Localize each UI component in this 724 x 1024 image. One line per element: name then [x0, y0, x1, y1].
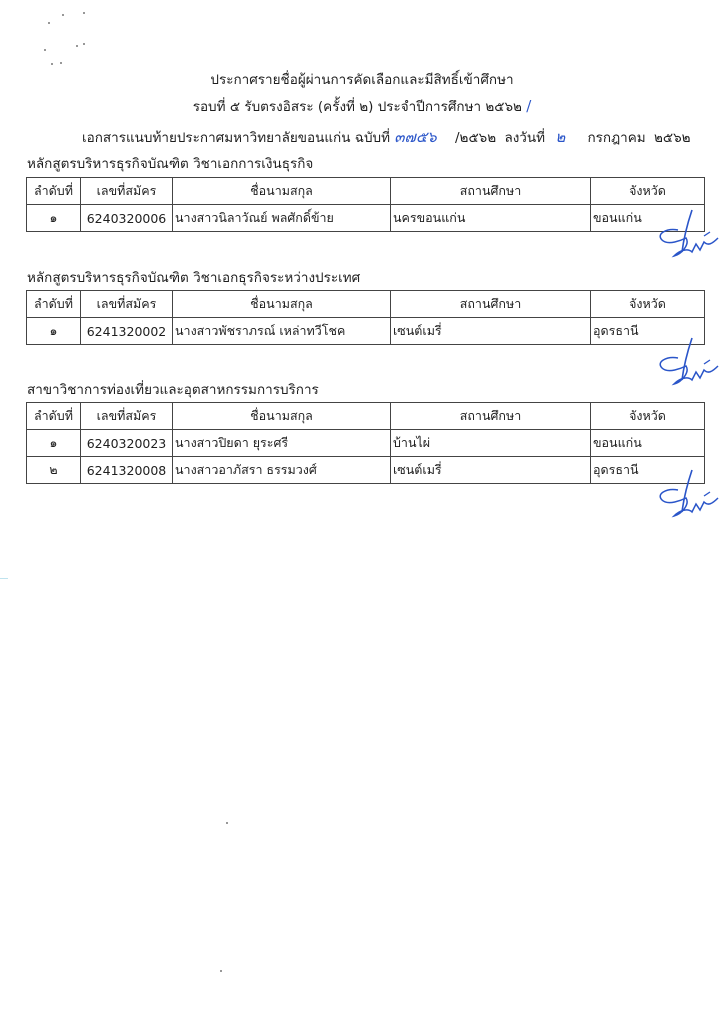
signature-icon	[652, 468, 722, 520]
cell-no: ๑	[27, 430, 81, 457]
section-title-tourism-hospitality: สาขาวิชาการท่องเที่ยวและอุตสาหกรรมการบริ…	[27, 378, 319, 400]
table-row: ๑ 6241320002 นางสาวพัชราภรณ์ เหล่าทวีโชค…	[27, 318, 705, 345]
signature-icon	[652, 336, 722, 388]
cell-no: ๑	[27, 205, 81, 232]
applicant-table-tourism-hospitality: ลำดับที่ เลขที่สมัคร ชื่อนามสกุล สถานศึก…	[26, 402, 705, 484]
col-header-app-id: เลขที่สมัคร	[81, 403, 173, 430]
cell-school: บ้านไผ่	[391, 430, 591, 457]
announcement-subtitle: รอบที่ ๕ รับตรงอิสระ (ครั้งที่ ๒) ประจำป…	[0, 95, 724, 117]
scan-speck	[51, 63, 53, 65]
round-info: รอบที่ ๕ รับตรงอิสระ (ครั้งที่ ๒) ประจำป…	[193, 99, 522, 115]
col-header-name: ชื่อนามสกุล	[173, 291, 391, 318]
cell-app-id: 6240320023	[81, 430, 173, 457]
cell-school: เซนต์เมรี่	[391, 318, 591, 345]
cell-province: ขอนแก่น	[591, 430, 705, 457]
day-handwritten: ๒	[555, 128, 565, 146]
scan-speck	[83, 43, 85, 45]
scan-speck	[48, 22, 50, 24]
col-header-school: สถานศึกษา	[391, 178, 591, 205]
cell-no: ๑	[27, 318, 81, 345]
applicant-table-international-business: ลำดับที่ เลขที่สมัคร ชื่อนามสกุล สถานศึก…	[26, 290, 705, 345]
col-header-no: ลำดับที่	[27, 178, 81, 205]
doc-year: /๒๕๖๒	[455, 130, 496, 146]
col-header-no: ลำดับที่	[27, 403, 81, 430]
attachment-prefix: เอกสารแนบท้ายประกาศมหาวิทยาลัยขอนแก่น ฉบ…	[82, 130, 390, 146]
month: กรกฎาคม	[588, 130, 646, 146]
col-header-province: จังหวัด	[591, 291, 705, 318]
section-title-international-business: หลักสูตรบริหารธุรกิจบัณฑิต วิชาเอกธุรกิจ…	[27, 266, 360, 288]
cell-app-id: 6240320006	[81, 205, 173, 232]
cell-app-id: 6241320002	[81, 318, 173, 345]
date-label: ลงวันที่	[504, 130, 545, 146]
year: ๒๕๖๒	[654, 130, 691, 146]
doc-number-handwritten: ๓๗๕๖	[394, 128, 436, 146]
scan-speck	[60, 62, 62, 64]
cell-name: นางสาวอาภัสรา ธรรมวงศ์	[173, 457, 391, 484]
col-header-school: สถานศึกษา	[391, 403, 591, 430]
col-header-province: จังหวัด	[591, 403, 705, 430]
scan-speck	[76, 45, 78, 47]
scan-artifact-line	[0, 578, 8, 579]
table-header-row: ลำดับที่ เลขที่สมัคร ชื่อนามสกุล สถานศึก…	[27, 291, 705, 318]
col-header-name: ชื่อนามสกุล	[173, 178, 391, 205]
cell-app-id: 6241320008	[81, 457, 173, 484]
table-header-row: ลำดับที่ เลขที่สมัคร ชื่อนามสกุล สถานศึก…	[27, 403, 705, 430]
applicant-table-finance: ลำดับที่ เลขที่สมัคร ชื่อนามสกุล สถานศึก…	[26, 177, 705, 232]
col-header-province: จังหวัด	[591, 178, 705, 205]
col-header-app-id: เลขที่สมัคร	[81, 291, 173, 318]
col-header-app-id: เลขที่สมัคร	[81, 178, 173, 205]
attachment-reference: เอกสารแนบท้ายประกาศมหาวิทยาลัยขอนแก่น ฉบ…	[82, 125, 691, 149]
scan-speck	[83, 12, 85, 14]
section-title-finance: หลักสูตรบริหารธุรกิจบัณฑิต วิชาเอกการเงิ…	[27, 152, 313, 174]
scan-speck	[220, 970, 222, 972]
cell-name: นางสาวพัชราภรณ์ เหล่าทวีโชค	[173, 318, 391, 345]
cell-school: นครขอนแก่น	[391, 205, 591, 232]
announcement-title: ประกาศรายชื่อผู้ผ่านการคัดเลือกและมีสิทธ…	[0, 68, 724, 90]
scan-speck	[226, 822, 228, 824]
cell-name: นางสาวนิลาวัณย์ พลศักดิ์ข้าย	[173, 205, 391, 232]
table-header-row: ลำดับที่ เลขที่สมัคร ชื่อนามสกุล สถานศึก…	[27, 178, 705, 205]
col-header-name: ชื่อนามสกุล	[173, 403, 391, 430]
signature-icon	[652, 208, 722, 260]
table-row: ๑ 6240320023 นางสาวปิยดา ยุระศรี บ้านไผ่…	[27, 430, 705, 457]
cell-no: ๒	[27, 457, 81, 484]
table-row: ๒ 6241320008 นางสาวอาภัสรา ธรรมวงศ์ เซนต…	[27, 457, 705, 484]
handwritten-mark: /	[526, 97, 531, 115]
col-header-school: สถานศึกษา	[391, 291, 591, 318]
cell-school: เซนต์เมรี่	[391, 457, 591, 484]
scan-speck	[44, 49, 46, 51]
table-row: ๑ 6240320006 นางสาวนิลาวัณย์ พลศักดิ์ข้า…	[27, 205, 705, 232]
scan-speck	[62, 14, 64, 16]
cell-name: นางสาวปิยดา ยุระศรี	[173, 430, 391, 457]
col-header-no: ลำดับที่	[27, 291, 81, 318]
